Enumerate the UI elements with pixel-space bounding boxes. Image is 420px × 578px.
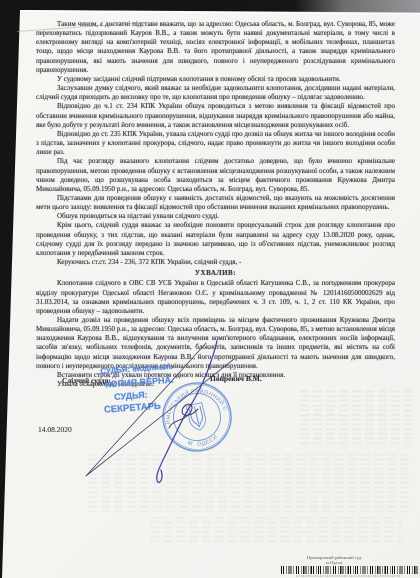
svg-text:ПРИМОРСЬКИЙ РАЙОННИЙ СУД: ПРИМОРСЬКИЙ РАЙОННИЙ СУД (159, 380, 229, 427)
seal-ring-text-top: ПРИМОРСЬКИЙ РАЙОННИЙ СУД (159, 380, 229, 427)
pen-signature (86, 341, 234, 482)
court-name-line2: м.Одеси (290, 560, 378, 565)
court-name-footer: Приморський районний суд м.Одеси (290, 555, 378, 565)
court-seal-layer: ПРИМОРСЬКИЙ РАЙОННИЙ СУД М. ОДЕСИ (0, 0, 420, 578)
seal-ring-text-bottom: М. ОДЕСИ (186, 433, 221, 451)
registration-barcode (281, 566, 418, 574)
scanned-court-ruling: Таким чином, є достатні підстави вважати… (0, 0, 420, 578)
svg-text:М. ОДЕСИ: М. ОДЕСИ (186, 433, 221, 451)
barcode-digits (296, 575, 402, 577)
